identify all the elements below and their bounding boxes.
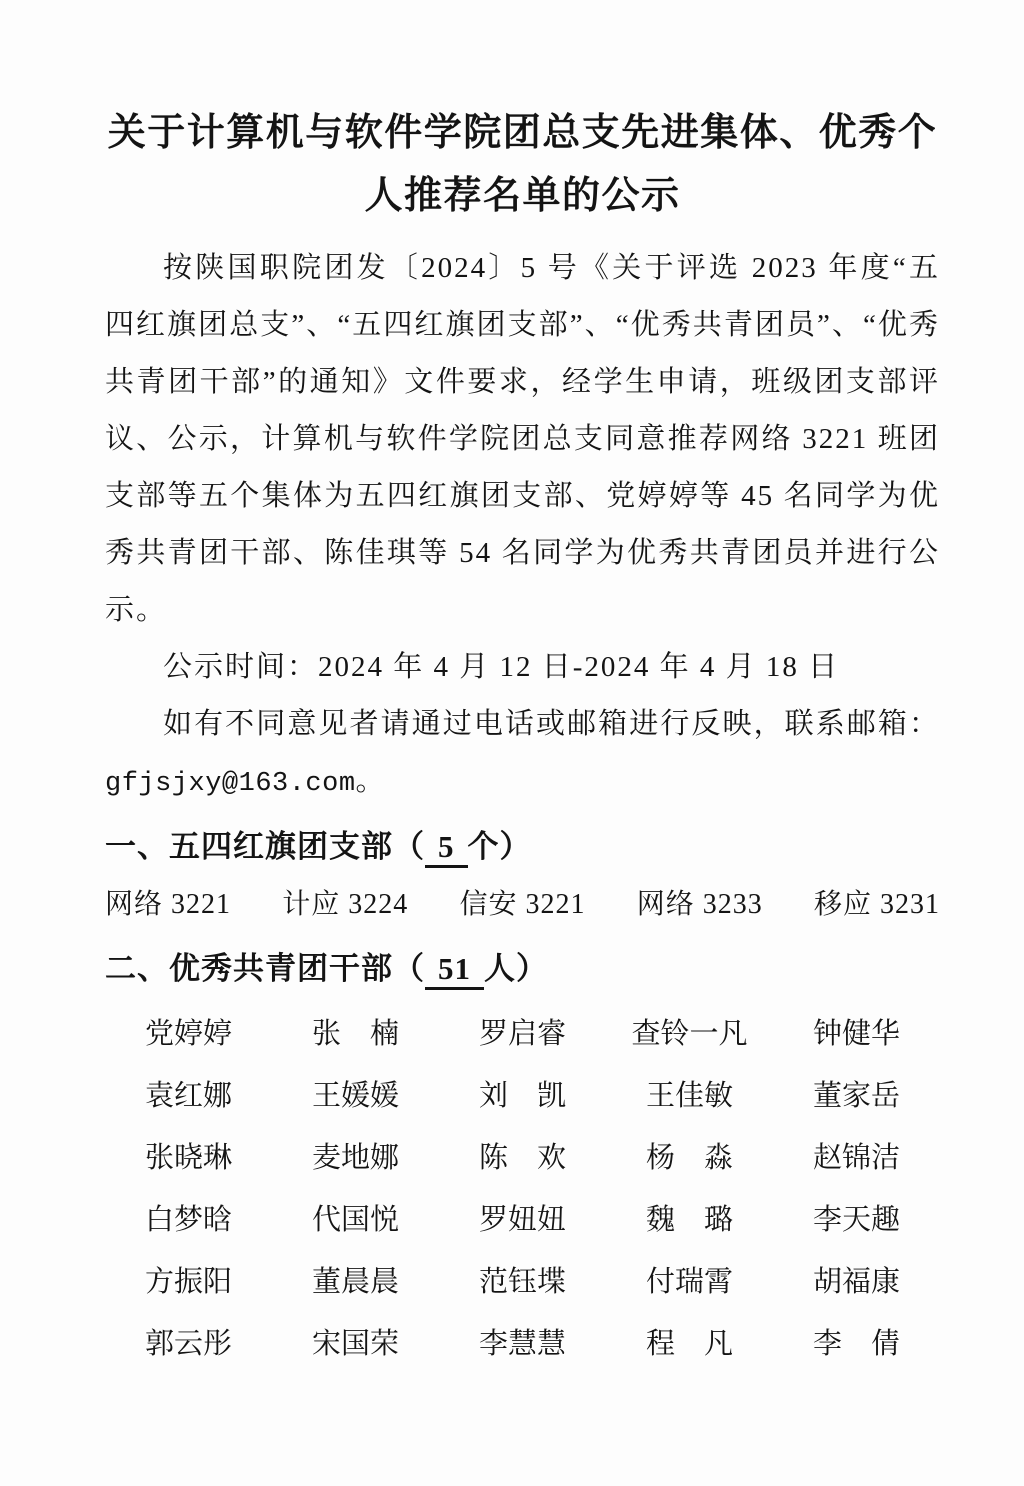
section2-title-prefix: 二、优秀共青团干部（ bbox=[105, 951, 425, 986]
announcement-page: 关于计算机与软件学院团总支先进集体、优秀个人推荐名单的公示 按陕国职院团发〔20… bbox=[0, 0, 1024, 1486]
name-cell: 方振阳 bbox=[105, 1251, 272, 1313]
name-cell: 魏 璐 bbox=[606, 1189, 773, 1251]
section1-heading: 一、五四红旗团支部（5个） bbox=[105, 821, 940, 873]
section2-title-suffix: 人） bbox=[484, 951, 548, 986]
section1-title-suffix: 个） bbox=[468, 829, 532, 864]
name-cell: 查铃一凡 bbox=[606, 1003, 773, 1065]
name-cell: 王媛媛 bbox=[272, 1065, 439, 1127]
name-cell: 刘 凯 bbox=[439, 1065, 606, 1127]
class-item: 网络 3221 bbox=[105, 875, 231, 935]
name-cell: 代国悦 bbox=[272, 1189, 439, 1251]
name-cell: 杨 淼 bbox=[606, 1127, 773, 1189]
name-cell: 宋国荣 bbox=[272, 1313, 439, 1375]
name-cell: 罗妞妞 bbox=[439, 1189, 606, 1251]
contact-email: gfjsjxy@163.com bbox=[105, 769, 356, 799]
name-cell: 董晨晨 bbox=[272, 1251, 439, 1313]
name-row: 党婷婷 张 楠 罗启睿 查铃一凡 钟健华 bbox=[105, 1003, 940, 1065]
name-cell: 李天趣 bbox=[773, 1189, 940, 1251]
name-cell: 麦地娜 bbox=[272, 1127, 439, 1189]
class-item: 移应 3231 bbox=[814, 875, 940, 935]
name-cell: 程 凡 bbox=[606, 1313, 773, 1375]
class-item: 信安 3221 bbox=[459, 875, 585, 935]
section2-heading: 二、优秀共青团干部（51人） bbox=[105, 943, 940, 995]
name-cell: 李 倩 bbox=[773, 1313, 940, 1375]
name-cell: 王佳敏 bbox=[606, 1065, 773, 1127]
name-cell: 董家岳 bbox=[773, 1065, 940, 1127]
name-cell: 郭云彤 bbox=[105, 1313, 272, 1375]
name-cell: 陈 欢 bbox=[439, 1127, 606, 1189]
section1-count: 5 bbox=[425, 829, 468, 868]
name-cell: 党婷婷 bbox=[105, 1003, 272, 1065]
cadre-name-table: 党婷婷 张 楠 罗启睿 查铃一凡 钟健华 袁红娜 王媛媛 刘 凯 王佳敏 董家岳… bbox=[105, 1003, 940, 1375]
section2-count: 51 bbox=[425, 951, 484, 990]
name-cell: 张晓琳 bbox=[105, 1127, 272, 1189]
document-title: 关于计算机与软件学院团总支先进集体、优秀个人推荐名单的公示 bbox=[105, 102, 940, 228]
name-cell: 赵锦洁 bbox=[773, 1127, 940, 1189]
name-cell: 张 楠 bbox=[272, 1003, 439, 1065]
name-cell: 李慧慧 bbox=[439, 1313, 606, 1375]
name-cell: 付瑞霄 bbox=[606, 1251, 773, 1313]
contact-text: 如有不同意见者请通过电话或邮箱进行反映，联系邮箱： bbox=[163, 708, 940, 740]
name-row: 袁红娜 王媛媛 刘 凯 王佳敏 董家岳 bbox=[105, 1065, 940, 1127]
name-row: 方振阳 董晨晨 范钰堞 付瑞霄 胡福康 bbox=[105, 1251, 940, 1313]
name-row: 白梦晗 代国悦 罗妞妞 魏 璐 李天趣 bbox=[105, 1189, 940, 1251]
publicity-period: 公示时间：2024 年 4 月 12 日-2024 年 4 月 18 日 bbox=[105, 639, 940, 696]
section1-title-prefix: 一、五四红旗团支部（ bbox=[105, 829, 425, 864]
contact-line: 如有不同意见者请通过电话或邮箱进行反映，联系邮箱：gfjsjxy@163.com… bbox=[105, 696, 940, 813]
intro-paragraph: 按陕国职院团发〔2024〕5 号《关于评选 2023 年度“五四红旗团总支”、“… bbox=[105, 240, 940, 639]
name-cell: 袁红娜 bbox=[105, 1065, 272, 1127]
class-item: 网络 3233 bbox=[637, 875, 763, 935]
name-cell: 胡福康 bbox=[773, 1251, 940, 1313]
name-cell: 钟健华 bbox=[773, 1003, 940, 1065]
class-item: 计应 3224 bbox=[282, 875, 408, 935]
name-cell: 白梦晗 bbox=[105, 1189, 272, 1251]
contact-suffix: 。 bbox=[356, 765, 387, 797]
name-cell: 范钰堞 bbox=[439, 1251, 606, 1313]
red-flag-class-list: 网络 3221 计应 3224 信安 3221 网络 3233 移应 3231 bbox=[105, 875, 940, 935]
name-row: 郭云彤 宋国荣 李慧慧 程 凡 李 倩 bbox=[105, 1313, 940, 1375]
name-cell: 罗启睿 bbox=[439, 1003, 606, 1065]
name-row: 张晓琳 麦地娜 陈 欢 杨 淼 赵锦洁 bbox=[105, 1127, 940, 1189]
